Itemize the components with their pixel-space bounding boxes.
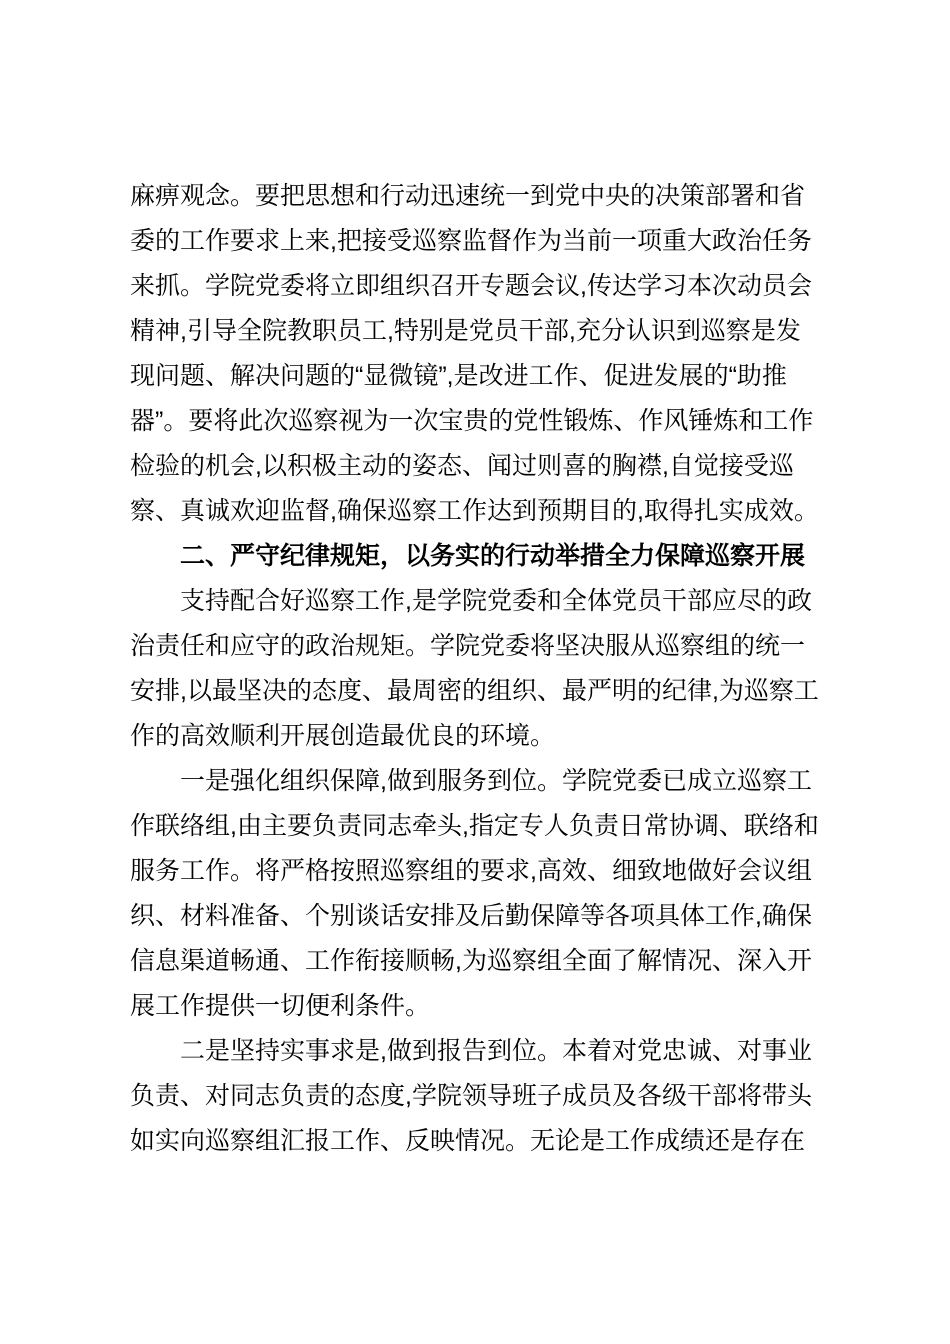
document-page: 麻痹观念。要把思想和行动迅速统一到党中央的决策部署和省 委的工作要求上来,把接受…: [0, 0, 950, 1344]
paragraph: 支持配合好巡察工作,是学院党委和全体党员干部应尽的政 治责任和应守的政治规矩。学…: [130, 579, 820, 759]
section-heading: 二、严守纪律规矩，以务实的行动举措全力保障巡察开展: [130, 534, 820, 579]
paragraph: 二是坚持实事求是,做到报告到位。本着对党忠诚、对事业 负责、对同志负责的态度,学…: [130, 1029, 820, 1164]
paragraph-continuation: 麻痹观念。要把思想和行动迅速统一到党中央的决策部署和省 委的工作要求上来,把接受…: [130, 174, 820, 534]
paragraph: 一是强化组织保障,做到服务到位。学院党委已成立巡察工 作联络组,由主要负责同志牵…: [130, 759, 820, 1029]
document-body: 麻痹观念。要把思想和行动迅速统一到党中央的决策部署和省 委的工作要求上来,把接受…: [130, 174, 820, 1164]
